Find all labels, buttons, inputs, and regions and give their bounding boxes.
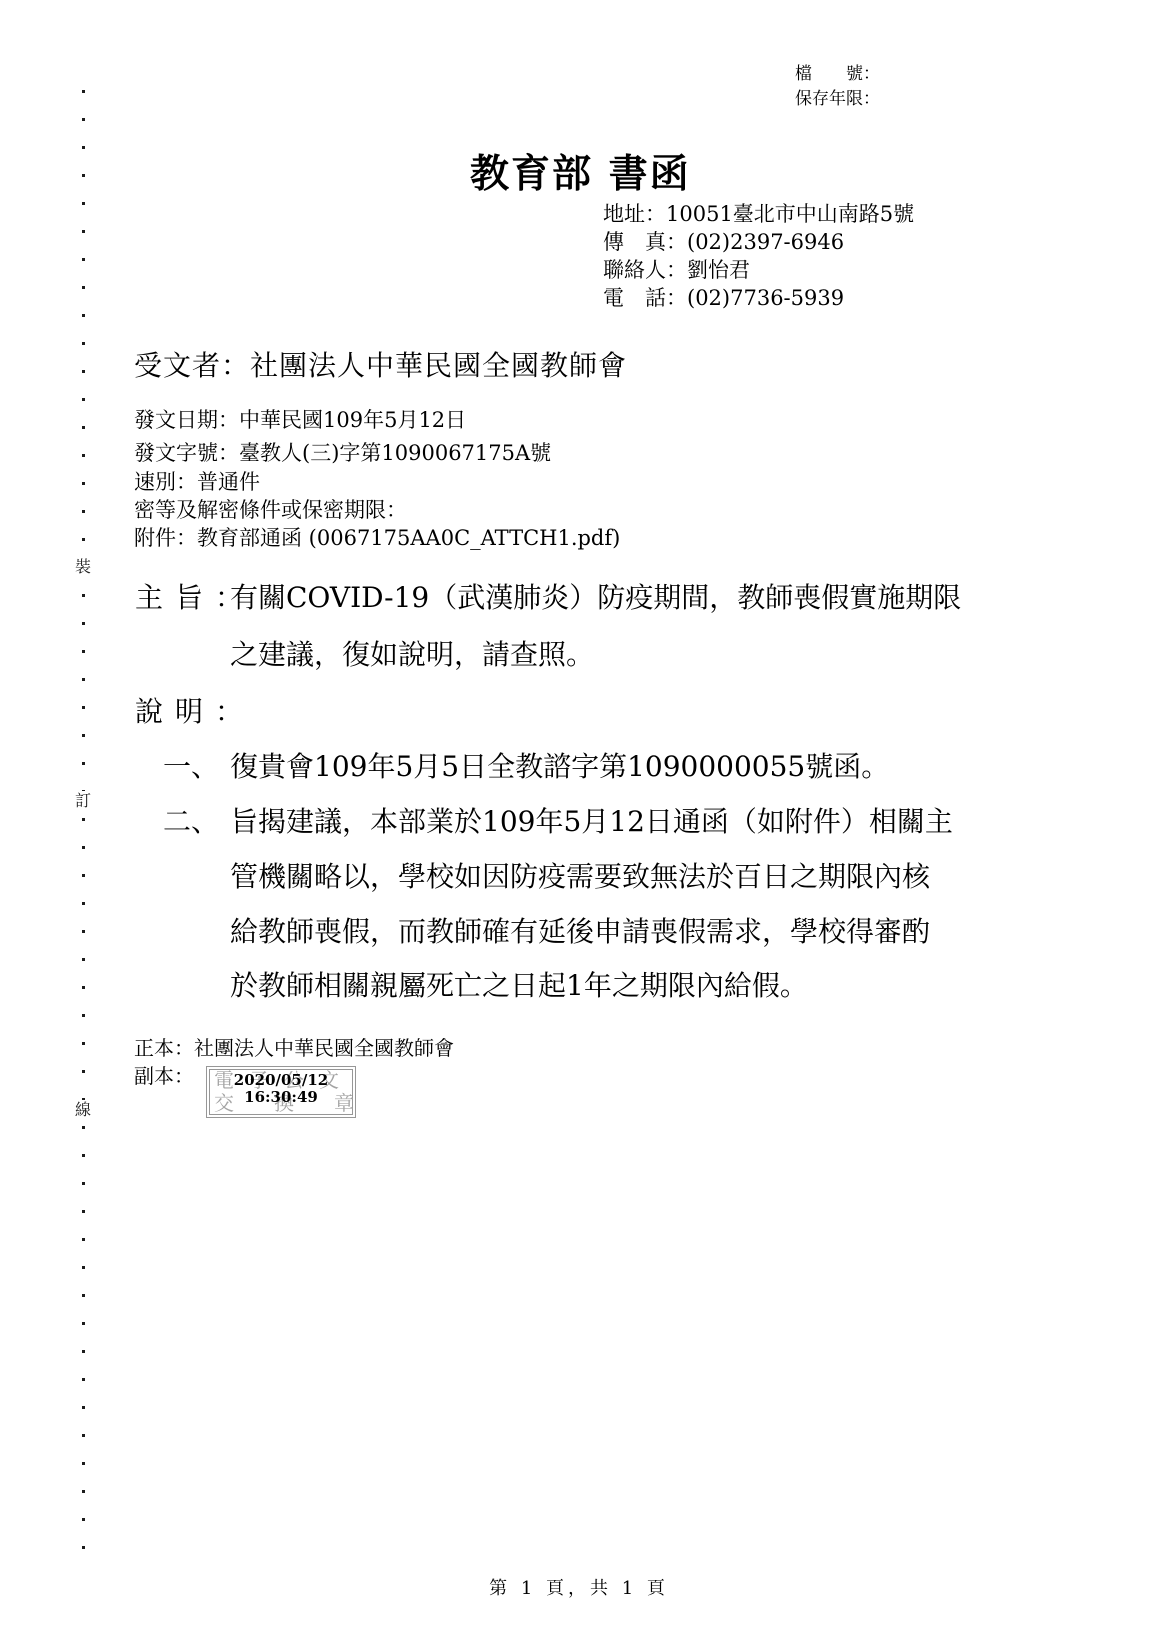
agency-phone: 電 話：(02)7736-5939 bbox=[603, 284, 844, 312]
agency-fax: 傳 真：(02)2397-6946 bbox=[603, 228, 844, 256]
page-number-footer: 第 1 頁，共 1 頁 bbox=[0, 1574, 1158, 1600]
file-number-label: 檔 號： bbox=[795, 62, 880, 86]
stamp-time: 16:30:49 bbox=[210, 1089, 352, 1106]
agency-contact-person: 聯絡人：劉怡君 bbox=[603, 256, 750, 284]
explanation-item-1-number: 一、 bbox=[163, 745, 219, 785]
subject-text-line-2: 之建議，復如說明，請查照。 bbox=[230, 633, 594, 673]
explanation-item-2-text-line-1: 旨揭建議，本部業於109年5月12日通函（如附件）相關主 bbox=[230, 800, 953, 840]
binding-mark-zhuang: 裝 bbox=[73, 557, 93, 577]
doc-number-line: 發文字號：臺教人(三)字第1090067175A號 bbox=[134, 440, 551, 466]
subject-text-line-1: 有關COVID-19（武漢肺炎）防疫期間，教師喪假實施期限 bbox=[230, 576, 961, 616]
security-line: 密等及解密條件或保密期限： bbox=[134, 497, 407, 523]
recipient-line: 受文者：社團法人中華民國全國教師會 bbox=[134, 344, 627, 384]
document-title: 教育部 書函 bbox=[470, 143, 691, 199]
stamp-date: 2020/05/12 bbox=[210, 1072, 352, 1089]
official-letter-page: 裝 訂 線 檔 號： 保存年限： 教育部 書函 地址：10051臺北市中山南路5… bbox=[0, 0, 1158, 1649]
explanation-item-2-number: 二、 bbox=[163, 800, 219, 840]
explanation-item-1-text: 復貴會109年5月5日全教諮字第1090000055號函。 bbox=[230, 745, 889, 785]
explanation-item-2-text-line-4: 於教師相關親屬死亡之日起1年之期限內給假。 bbox=[230, 964, 808, 1004]
explanation-label: 說明： bbox=[135, 690, 255, 730]
explanation-item-2-text-line-2: 管機關略以，學校如因防疫需要致無法於百日之期限內核 bbox=[230, 855, 930, 895]
binding-dotted-line bbox=[82, 90, 85, 1568]
speed-line: 速別：普通件 bbox=[134, 469, 260, 495]
carbon-copy-line: 副本： bbox=[134, 1063, 194, 1089]
agency-address: 地址：10051臺北市中山南路5號 bbox=[603, 200, 914, 228]
binding-mark-xian: 線 bbox=[73, 1100, 93, 1120]
attachment-line: 附件：教育部通函 (0067175AA0C_ATTCH1.pdf) bbox=[134, 525, 620, 551]
binding-mark-ding: 訂 bbox=[73, 791, 93, 811]
explanation-item-2-text-line-3: 給教師喪假，而教師確有延後申請喪假需求，學校得審酌 bbox=[230, 910, 930, 950]
issue-date-line: 發文日期：中華民國109年5月12日 bbox=[134, 407, 466, 433]
electronic-exchange-stamp: 電子公文 交換章 2020/05/12 16:30:49 bbox=[206, 1066, 356, 1118]
original-copy-line: 正本：社團法人中華民國全國教師會 bbox=[134, 1035, 454, 1061]
stamp-datetime: 2020/05/12 16:30:49 bbox=[210, 1072, 352, 1106]
retention-period-label: 保存年限： bbox=[795, 87, 880, 111]
